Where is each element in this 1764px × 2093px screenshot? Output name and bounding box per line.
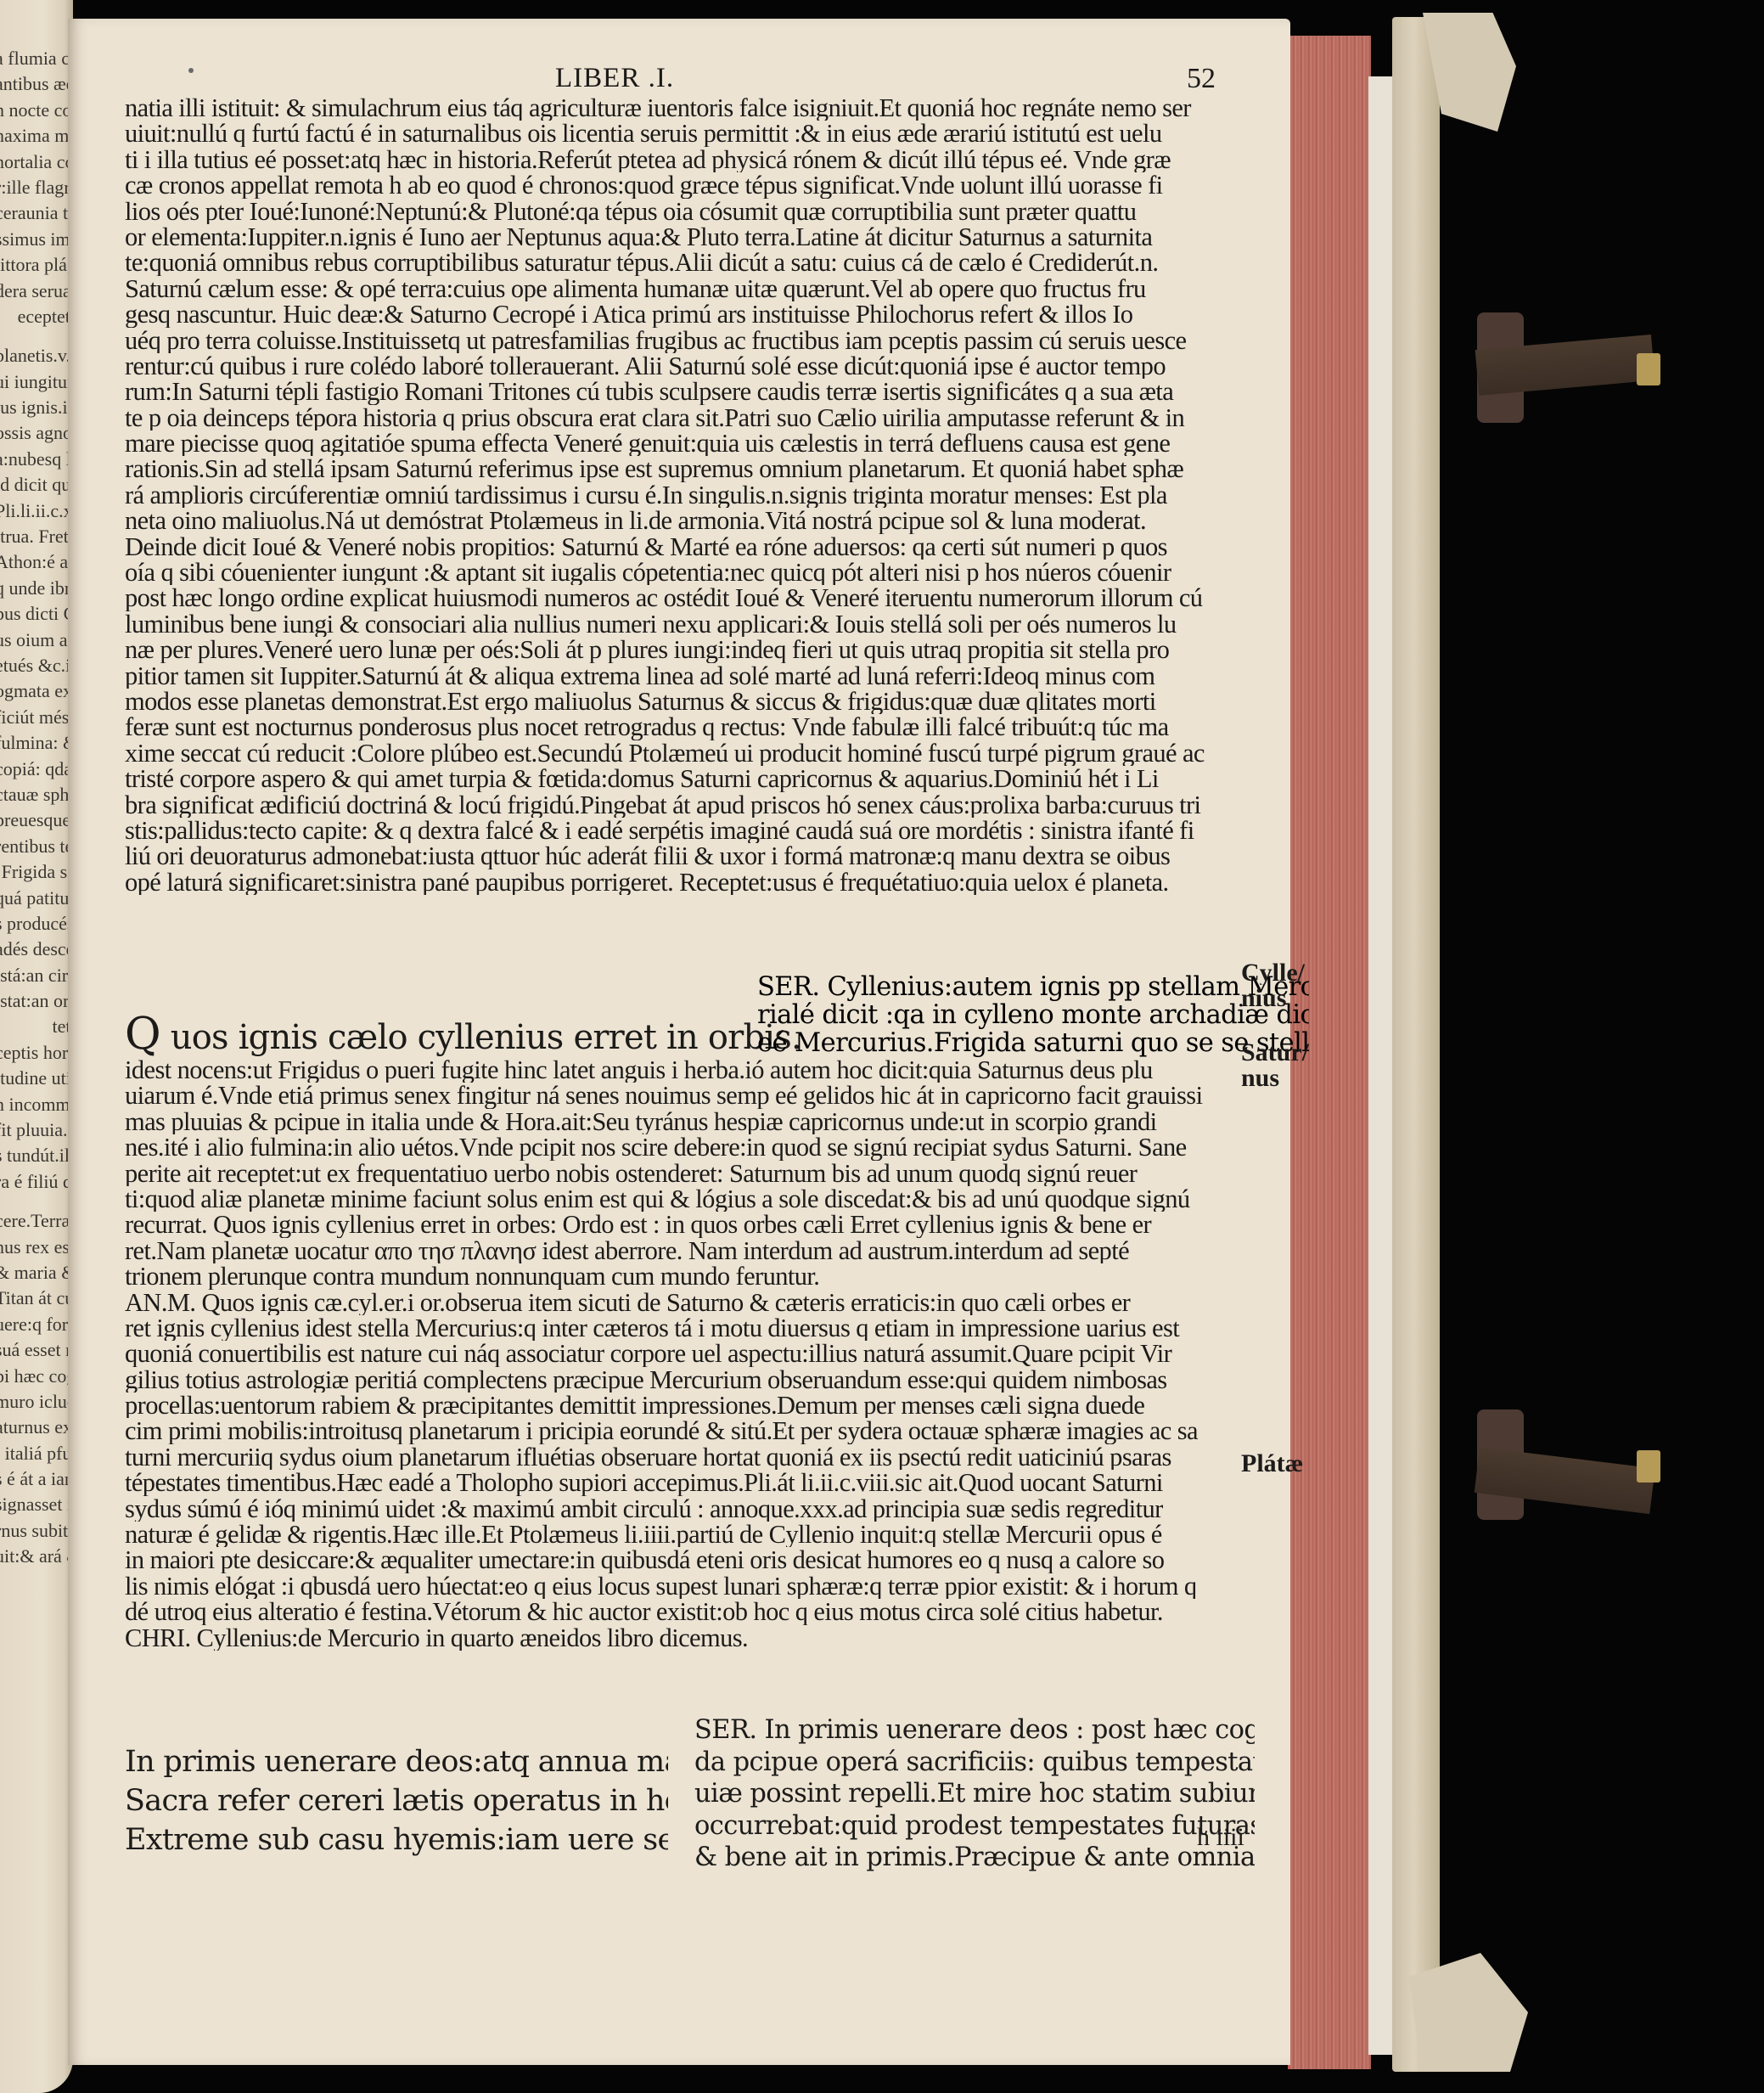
verso-text-line: ssimus imber xyxy=(0,228,73,253)
verso-text-line: planetis.v.duos é xyxy=(0,344,73,369)
verso-text-line: nus rex esset ad xyxy=(0,1235,73,1261)
text-line: procellas:uentorum rabiem & præcipitante… xyxy=(125,1393,1306,1418)
verso-text-line: tet. xyxy=(0,1015,73,1040)
text-line: recurrat. Quos ignis cyllenius erret in … xyxy=(125,1212,1306,1237)
text-line: eé Mercurius.Frigida saturni quo se se s… xyxy=(757,1029,1309,1057)
text-line: ret.Nam planetæ uocatur απο τησ πλανησ i… xyxy=(125,1238,1306,1263)
verso-text-line: i italiá pfugit xyxy=(0,1442,73,1467)
text-line: Deinde dicit Ioué & Veneré nobis propiti… xyxy=(125,534,1306,560)
text-line: da pcipue operá sacrificiis: quibus temp… xyxy=(694,1747,1255,1779)
verso-text-line: istat:an oria xyxy=(0,989,73,1015)
text-line: nes.ité i alio fulmina:in alio uétos.Vnd… xyxy=(125,1134,1306,1160)
verso-text-line: ceptis horri xyxy=(0,1041,73,1066)
text-line: næ per plures.Veneré uero lunæ per oés:S… xyxy=(125,637,1306,662)
verso-text-line: us oium aquilo xyxy=(0,628,73,654)
verso-text-line: Athon:é athon xyxy=(0,550,73,576)
text-line: rationis.Sin ad stellá ipsam Saturnú ref… xyxy=(125,456,1306,481)
text-line: luminibus bene iungi & consociari alia n… xyxy=(125,611,1306,637)
text-line: uiarum é.Vnde etiá primus senex fingitur… xyxy=(125,1083,1306,1108)
verso-text-line: antibus æquor xyxy=(0,72,73,98)
verso-text-line: a flumia crescu xyxy=(0,47,73,72)
verso-text-line: n incommodú xyxy=(0,1093,73,1118)
verso-text-line: Pli.li.ii.c.xlix.uc xyxy=(0,499,73,525)
text-line: occurrebat:quid prodest tempestates futu… xyxy=(694,1810,1255,1843)
text-line: lis nimis elógat :i qbusdá uero húectat:… xyxy=(125,1573,1306,1599)
verso-text-line: id dicit quia aér xyxy=(0,473,73,498)
endleaf xyxy=(1368,76,1394,2055)
text-line: te:quoniá omnibus rebus corruptibilibus … xyxy=(125,250,1306,275)
verse-line: Sacra refer cereri lætis operatus in her… xyxy=(125,1781,668,1820)
signature-mark: h iiii xyxy=(1197,1823,1244,1852)
verso-text-line: rnus subito nó xyxy=(0,1519,73,1544)
text-line: SER. Cyllenius:autem ignis pp stellam Me… xyxy=(757,973,1309,1001)
verso-text-line: q unde ibres ca xyxy=(0,577,73,602)
text-line: stis:pallidus:tecto capite: & q dextra f… xyxy=(125,818,1306,843)
brass-clasp-tip-icon xyxy=(1637,1450,1660,1483)
marginal-note-saturnus: Satur/nus xyxy=(1241,1039,1309,1091)
verso-text-line: adés descen xyxy=(0,937,73,963)
verso-text-line: & maria & flu xyxy=(0,1261,73,1286)
text-line: cæ cronos appellat remota h ab eo quod é… xyxy=(125,172,1306,198)
verso-text-line: cere.Terræ aút xyxy=(0,1209,73,1235)
verso-text-line: uere:q forma xyxy=(0,1313,73,1338)
text-line: turni mercuriiq sydus oium planetarum if… xyxy=(125,1444,1306,1470)
text-line: lios oés pter Ioué:Iunoné:Neptunú:& Plut… xyxy=(125,199,1306,224)
verso-text-line: itrua. Fretis sp xyxy=(0,525,73,550)
commentary-top: natia illi istituit: & simulachrum eius … xyxy=(125,95,1306,895)
text-line: sydus súmú é ióq minimú uidet :& maximú … xyxy=(125,1496,1306,1522)
text-line: idest nocens:ut Frigidus o pueri fugite … xyxy=(125,1057,1306,1083)
text-line: rum:In Saturni tépli fastigio Romani Tri… xyxy=(125,379,1306,404)
verso-text-line: bi hæc cogno xyxy=(0,1364,73,1390)
running-head: LIBER .I. xyxy=(555,63,674,94)
verso-text-line: itudine utilita xyxy=(0,1066,73,1092)
verso-text-line: ius ignis.i.utgaia xyxy=(0,396,73,421)
verso-text-line: etués &c.i.tépe xyxy=(0,654,73,679)
brass-clasp-tip-icon xyxy=(1637,353,1660,385)
verso-text-line: breuesque ut xyxy=(0,808,73,834)
verso-text-line: ficiút méses no xyxy=(0,706,73,731)
verso-text-line: uit:& ará & satur xyxy=(0,1544,73,1570)
text-line: mas pluuias & pcipue in italia unde & Ho… xyxy=(125,1109,1306,1134)
verso-text-line: bus dicti Cerau xyxy=(0,602,73,627)
marginal-line: Plátæ xyxy=(1241,1450,1303,1476)
initial-letter: Q xyxy=(125,1009,160,1060)
binding-corner-bottom xyxy=(1409,1953,1528,2072)
text-line: uéq pro terra coluisse.Instituissetq ut … xyxy=(125,328,1306,353)
text-line: te p oia deinceps tépora historia q priu… xyxy=(125,405,1306,430)
text-line: ti i illa tutius eé posset:atq hæc in hi… xyxy=(125,147,1306,172)
verso-page-edge: a flumia crescuantibus æquorn nocte coru… xyxy=(0,0,73,2093)
marginal-line: Satur/ xyxy=(1241,1039,1309,1065)
lemma-row: Q uos ignis cælo cyllenius erret in orbi… xyxy=(125,973,1306,1058)
text-line: gilius totius astrologiæ peritiá complec… xyxy=(125,1367,1306,1393)
verso-text-line: ogmata ex folis xyxy=(0,679,73,705)
text-line: cim primi mobilis:introitusq planetarum … xyxy=(125,1418,1306,1443)
verso-text-line: istá:an circa xyxy=(0,964,73,989)
marginal-line: nius xyxy=(1241,985,1305,1010)
verso-text-line: Frigida sa xyxy=(0,860,73,886)
verso-text-line: ra é filiú dixerút xyxy=(0,1170,73,1196)
verso-text-line: eceptet: xyxy=(0,305,73,330)
verse-block: In primis uenerare deos:atq annua magnæS… xyxy=(125,1742,668,1860)
text-line: uiuit:nullú q furtú factú é in saturnali… xyxy=(125,121,1306,146)
text-line: ti:quod aliæ planetæ minime faciunt solu… xyxy=(125,1186,1306,1212)
text-line: rá amplioris circúferentiæ omniú tardiss… xyxy=(125,482,1306,508)
verso-text-line: s é át a iano illi xyxy=(0,1467,73,1493)
commentary-mid: idest nocens:ut Frigidus o pueri fugite … xyxy=(125,1057,1306,1651)
verso-text-line: littora plágu xyxy=(0,253,73,279)
verso-text-line: Titan át cum xyxy=(0,1286,73,1312)
marginal-note-cyllenius: Cylle/nius xyxy=(1241,959,1305,1011)
text-line: oía q sibi cóuenienter iungunt :& aptant… xyxy=(125,560,1306,585)
text-line: trionem plerunque contra mundum nonnunqu… xyxy=(125,1263,1306,1289)
text-line: dé utroq eius alteratio é festina.Vétoru… xyxy=(125,1599,1306,1624)
ink-speck xyxy=(188,68,194,73)
verso-text-line: muro icludit. xyxy=(0,1390,73,1415)
verso-text-line: n nocte corusca xyxy=(0,98,73,124)
marginal-note-platae: Plátæ xyxy=(1241,1450,1303,1476)
verse-line: In primis uenerare deos:atq annua magnæ xyxy=(125,1742,668,1781)
text-line: rentur:cú quibus i rure colédo laboré to… xyxy=(125,353,1306,379)
text-line: feræ sunt est nocturnus ponderosus plus … xyxy=(125,714,1306,740)
verso-text-line: copiá: qdam xyxy=(0,757,73,783)
text-line: Saturnú cælum esse: & opé terra:cuius op… xyxy=(125,276,1306,301)
verso-text-line: ctauæ sphæræ xyxy=(0,783,73,808)
verse-line: Extreme sub casu hyemis:iam uere sereno. xyxy=(125,1820,668,1860)
text-line: gesq nascuntur. Huic deæ:& Saturno Cecro… xyxy=(125,301,1306,327)
text-line: rialé dicit :qa in cylleno monte archadi… xyxy=(757,1001,1309,1029)
verso-text-line: quá patitur: xyxy=(0,886,73,912)
text-line: bra significat ædificiú doctriná & locú … xyxy=(125,792,1306,818)
verso-text-line xyxy=(0,1196,73,1209)
verso-text-line: dera serua: xyxy=(0,279,73,305)
verso-text-line: a:nubesq lapso xyxy=(0,447,73,473)
text-line: modos esse planetas demonstrat.Est ergo … xyxy=(125,689,1306,714)
verse-lemma: Q uos ignis cælo cyllenius erret in orbi… xyxy=(125,1009,801,1060)
marginal-line: nus xyxy=(1241,1065,1309,1090)
text-line: or elementa:Iuppiter.n.ignis é Iuno aer … xyxy=(125,224,1306,250)
text-line: tristé corpore aspero & qui amet turpia … xyxy=(125,766,1306,791)
text-line: xime seccat cú reducit :Colore plúbeo es… xyxy=(125,740,1306,766)
verso-text-line: ceraunia telo xyxy=(0,201,73,227)
verso-text-fragments: a flumia crescuantibus æquorn nocte coru… xyxy=(0,47,73,1571)
text-line: ret ignis cyllenius idest stella Mercuri… xyxy=(125,1315,1306,1341)
verso-text-line xyxy=(0,330,73,344)
verso-text-line: fulmina: & de xyxy=(0,731,73,757)
verso-text-line: s tundút.illa át xyxy=(0,1144,73,1169)
verso-text-line: s producés. xyxy=(0,912,73,937)
text-line: in maiori pte desiccare:& æqualiter umec… xyxy=(125,1547,1306,1573)
recto-page: LIBER .I. 52 natia illi istituit: & simu… xyxy=(68,19,1290,2065)
text-line: perite ait receptet:ut ex frequentatiuo … xyxy=(125,1161,1306,1186)
folio-number: 52 xyxy=(1187,63,1216,95)
verso-text-line: nortalia corda xyxy=(0,150,73,176)
verso-text-line: fit pluuia. Mé xyxy=(0,1118,73,1144)
verso-text-line: suá esset redi xyxy=(0,1338,73,1364)
text-line: liú ori deuoraturus admonebat:iusta qttu… xyxy=(125,843,1306,869)
verso-text-line: rentibus ter xyxy=(0,835,73,860)
verso-text-line: ossis agnoscera xyxy=(0,421,73,447)
marginal-line: Cylle/ xyxy=(1241,959,1305,985)
text-line: neta oino maliuolus.Ná ut demóstrat Ptol… xyxy=(125,508,1306,533)
text-line: uiæ possint repelli.Et mire hoc statim s… xyxy=(694,1778,1255,1810)
text-line: SER. In primis uenerare deos : post hæc … xyxy=(694,1714,1255,1747)
text-line: mare piecisse quoq agitatióe spuma effec… xyxy=(125,430,1306,456)
text-line: AN.M. Quos ignis cæ.cyl.er.i or.obserua … xyxy=(125,1290,1306,1315)
vellum-binding xyxy=(1392,17,1440,2072)
verso-text-line: ui iungitur. Vnde xyxy=(0,370,73,396)
verse-lemma-text: uos ignis cælo cyllenius erret in orbis. xyxy=(171,1018,801,1057)
text-line: quoniá conuertibilis est nature cui náq … xyxy=(125,1341,1306,1366)
text-line: post hæc longo ordine explicat huiusmodi… xyxy=(125,585,1306,610)
servius-comment-2: SER. In primis uenerare deos : post hæc … xyxy=(694,1714,1255,1874)
text-line: opé laturá significaret:sinistra pané pa… xyxy=(125,869,1306,895)
verso-text-line: naxima motu xyxy=(0,124,73,149)
text-line: CHRI. Cyllenius:de Mercurio in quarto æn… xyxy=(125,1625,1306,1651)
verso-text-line: r:ille flagrant xyxy=(0,176,73,201)
text-line: naturæ é gelidæ & rigentis.Hæc ille.Et P… xyxy=(125,1522,1306,1547)
servius-comment-1: SER. Cyllenius:autem ignis pp stellam Me… xyxy=(757,973,1309,1057)
text-line: tépestates timentibus.Hæc eadé a Tholoph… xyxy=(125,1470,1306,1495)
verso-text-line: aturnus ex ora xyxy=(0,1415,73,1441)
text-line: pitior tamen sit Iuppiter.Saturnú át & a… xyxy=(125,663,1306,689)
verso-text-line: signasset ialte xyxy=(0,1493,73,1518)
text-line: natia illi istituit: & simulachrum eius … xyxy=(125,95,1306,121)
text-line: & bene ait in primis.Præcipue & ante omn… xyxy=(694,1842,1255,1874)
